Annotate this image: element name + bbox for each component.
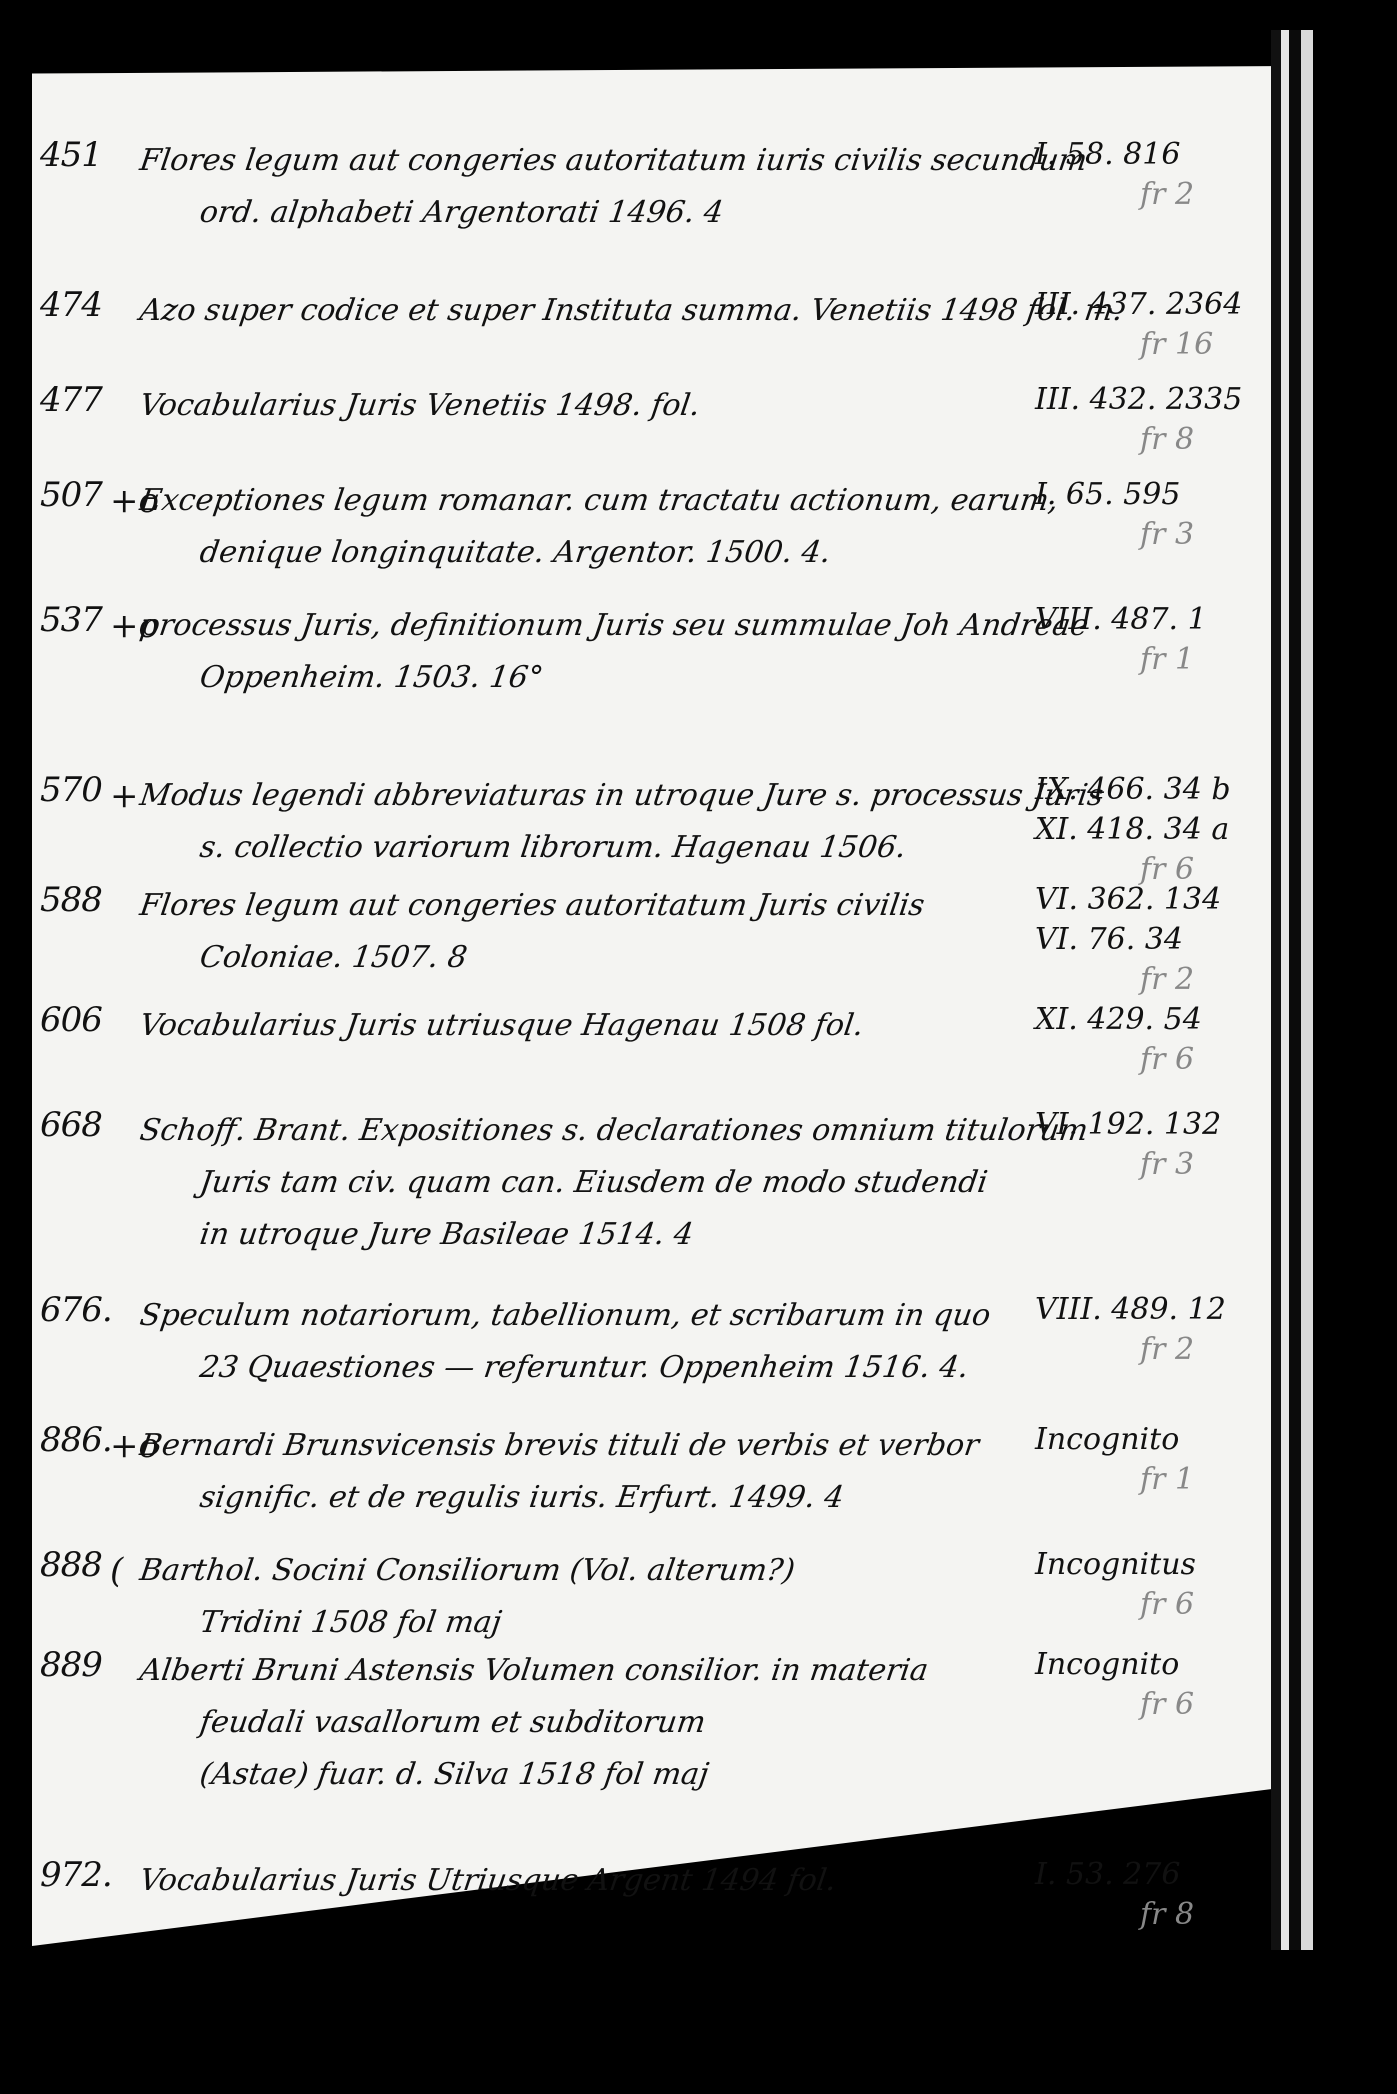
shelf-reference-line: I. 53. 276 (1035, 1855, 1180, 1895)
shelf-reference: III. 432. 2335 (1035, 380, 1242, 420)
shelf-reference-line: IX. 466. 34 b (1035, 770, 1231, 810)
entry-title: Bernardi Brunsvicensis brevis tituli de … (140, 1420, 1040, 1524)
entry-title-line: Coloniae. 1507. 8 (136, 932, 1043, 984)
shelf-reference-line: XI. 429. 54 (1035, 1000, 1202, 1040)
entry-title: Vocabularius Juris Utriusque Argent 1494… (140, 1855, 1040, 1907)
pencil-note: fr 2 (1140, 1332, 1194, 1367)
entry-title: Modus legendi abbreviaturas in utroque J… (140, 770, 1040, 874)
entry-title: Speculum notariorum, tabellionum, et scr… (140, 1290, 1040, 1394)
shelf-reference-line: VI. 76. 34 (1035, 920, 1221, 960)
shelf-reference: Incognitus (1035, 1545, 1196, 1585)
entry-number: 507 (40, 475, 102, 515)
entry-title-line: ord. alphabeti Argentorati 1496. 4 (136, 187, 1043, 239)
shelf-reference-line: Incognito (1035, 1420, 1179, 1460)
entry-title-line: Alberti Bruni Astensis Volumen consilior… (136, 1645, 1043, 1697)
pencil-note: fr 16 (1140, 327, 1213, 362)
entry-number: 886. (40, 1420, 112, 1460)
entry-title-line: in utroque Jure Basileae 1514. 4 (136, 1209, 1043, 1261)
pencil-note: fr 2 (1140, 962, 1194, 997)
entry-number: 668 (40, 1105, 102, 1145)
entry-title: Flores legum aut congeries autoritatum i… (140, 135, 1040, 239)
shelf-reference: I. 65. 595 (1035, 475, 1180, 515)
entry-title-line: Azo super codice et super Instituta summ… (136, 285, 1043, 337)
shelf-reference: VI. 362. 134VI. 76. 34 (1035, 880, 1221, 960)
pencil-note: fr 2 (1140, 177, 1194, 212)
shelf-reference: I. 53. 276 (1035, 1855, 1180, 1895)
shelf-reference-line: III. 437. 2364 (1035, 285, 1242, 325)
shelf-reference: III. 437. 2364 (1035, 285, 1242, 325)
entry-title-line: Schoff. Brant. Expositiones s. declarati… (136, 1105, 1043, 1157)
shelf-reference-line: I. 58. 816 (1035, 135, 1180, 175)
entry-title-line: Flores legum aut congeries autoritatum i… (136, 135, 1043, 187)
entry-mark: + (110, 776, 139, 816)
entry-number: 676. (40, 1290, 112, 1330)
pencil-note: fr 6 (1140, 1687, 1194, 1722)
pencil-note: fr 8 (1140, 422, 1194, 457)
entry-number: 888 (40, 1545, 102, 1585)
entry-title: Schoff. Brant. Expositiones s. declarati… (140, 1105, 1040, 1261)
page-binding-edge (1265, 30, 1325, 1950)
pencil-note: fr 1 (1140, 1462, 1194, 1497)
shelf-reference: VIII. 489. 12 (1035, 1290, 1226, 1330)
shelf-reference: Incognito (1035, 1420, 1179, 1460)
shelf-reference: Incognito (1035, 1645, 1179, 1685)
shelf-reference-line: Incognito (1035, 1645, 1179, 1685)
entry-title: Barthol. Socini Consiliorum (Vol. alteru… (140, 1545, 1040, 1649)
entry-number: 474 (40, 285, 102, 325)
shelf-reference-line: VIII. 487. 1 (1035, 600, 1207, 640)
entry-title-line: s. collectio variorum librorum. Hagenau … (136, 822, 1043, 874)
pencil-note: fr 3 (1140, 517, 1194, 552)
entry-title: Exceptiones legum romanar. cum tractatu … (140, 475, 1040, 579)
pencil-note: fr 3 (1140, 1147, 1194, 1182)
entry-title-line: Barthol. Socini Consiliorum (Vol. alteru… (136, 1545, 1043, 1597)
shelf-reference-line: VI. 192. 132 (1035, 1105, 1221, 1145)
entry-title: Alberti Bruni Astensis Volumen consilior… (140, 1645, 1040, 1801)
shelf-reference: VI. 192. 132 (1035, 1105, 1221, 1145)
entry-title-line: Modus legendi abbreviaturas in utroque J… (136, 770, 1043, 822)
entry-number: 537 (40, 600, 102, 640)
pencil-note: fr 1 (1140, 642, 1194, 677)
pencil-note: fr 6 (1140, 1042, 1194, 1077)
pencil-note: fr 8 (1140, 1897, 1194, 1932)
entry-title-line: Exceptiones legum romanar. cum tractatu … (136, 475, 1043, 527)
entry-title-line: Vocabularius Juris Utriusque Argent 1494… (136, 1855, 1043, 1907)
shelf-reference: I. 58. 816 (1035, 135, 1180, 175)
entry-number: 606 (40, 1000, 102, 1040)
entry-title-line: Vocabularius Juris utriusque Hagenau 150… (136, 1000, 1043, 1052)
shelf-reference-line: XI. 418. 34 a (1035, 810, 1231, 850)
entry-title-line: Vocabularius Juris Venetiis 1498. fol. (136, 380, 1043, 432)
shelf-reference-line: VI. 362. 134 (1035, 880, 1221, 920)
shelf-reference-line: I. 65. 595 (1035, 475, 1180, 515)
shelf-reference-line: VIII. 489. 12 (1035, 1290, 1226, 1330)
entry-title-line: feudali vasallorum et subditorum (136, 1697, 1043, 1749)
entry-title-line: Speculum notariorum, tabellionum, et scr… (136, 1290, 1043, 1342)
entry-title: Vocabularius Juris utriusque Hagenau 150… (140, 1000, 1040, 1052)
entry-number: 972. (40, 1855, 112, 1895)
entry-title-line: Tridini 1508 fol maj (136, 1597, 1043, 1649)
entry-title-line: 23 Quaestiones — referuntur. Oppenheim 1… (136, 1342, 1043, 1394)
entry-title: Vocabularius Juris Venetiis 1498. fol. (140, 380, 1040, 432)
entry-number: 451 (40, 135, 102, 175)
entry-title-line: (Astae) fuar. d. Silva 1518 fol maj (136, 1749, 1043, 1801)
entry-number: 570 (40, 770, 102, 810)
entry-number: 477 (40, 380, 102, 420)
pencil-note: fr 6 (1140, 1587, 1194, 1622)
entry-title-line: Bernardi Brunsvicensis brevis tituli de … (136, 1420, 1043, 1472)
shelf-reference-line: III. 432. 2335 (1035, 380, 1242, 420)
shelf-reference: XI. 429. 54 (1035, 1000, 1202, 1040)
entry-title: Azo super codice et super Instituta summ… (140, 285, 1040, 337)
entry-title-line: Juris tam civ. quam can. Eiusdem de modo… (136, 1157, 1043, 1209)
shelf-reference: VIII. 487. 1 (1035, 600, 1207, 640)
shelf-reference-line: Incognitus (1035, 1545, 1196, 1585)
entry-title-line: denique longinquitate. Argentor. 1500. 4… (136, 527, 1043, 579)
entry-title-line: processus Juris, definitionum Juris seu … (136, 600, 1043, 652)
entry-number: 588 (40, 880, 102, 920)
entry-mark: ( (110, 1551, 123, 1591)
entry-title: Flores legum aut congeries autoritatum J… (140, 880, 1040, 984)
entry-title: processus Juris, definitionum Juris seu … (140, 600, 1040, 704)
entry-number: 889 (40, 1645, 102, 1685)
shelf-reference: IX. 466. 34 bXI. 418. 34 a (1035, 770, 1231, 850)
entry-title-line: Flores legum aut congeries autoritatum J… (136, 880, 1043, 932)
entry-title-line: signific. et de regulis iuris. Erfurt. 1… (136, 1472, 1043, 1524)
entry-title-line: Oppenheim. 1503. 16° (136, 652, 1043, 704)
